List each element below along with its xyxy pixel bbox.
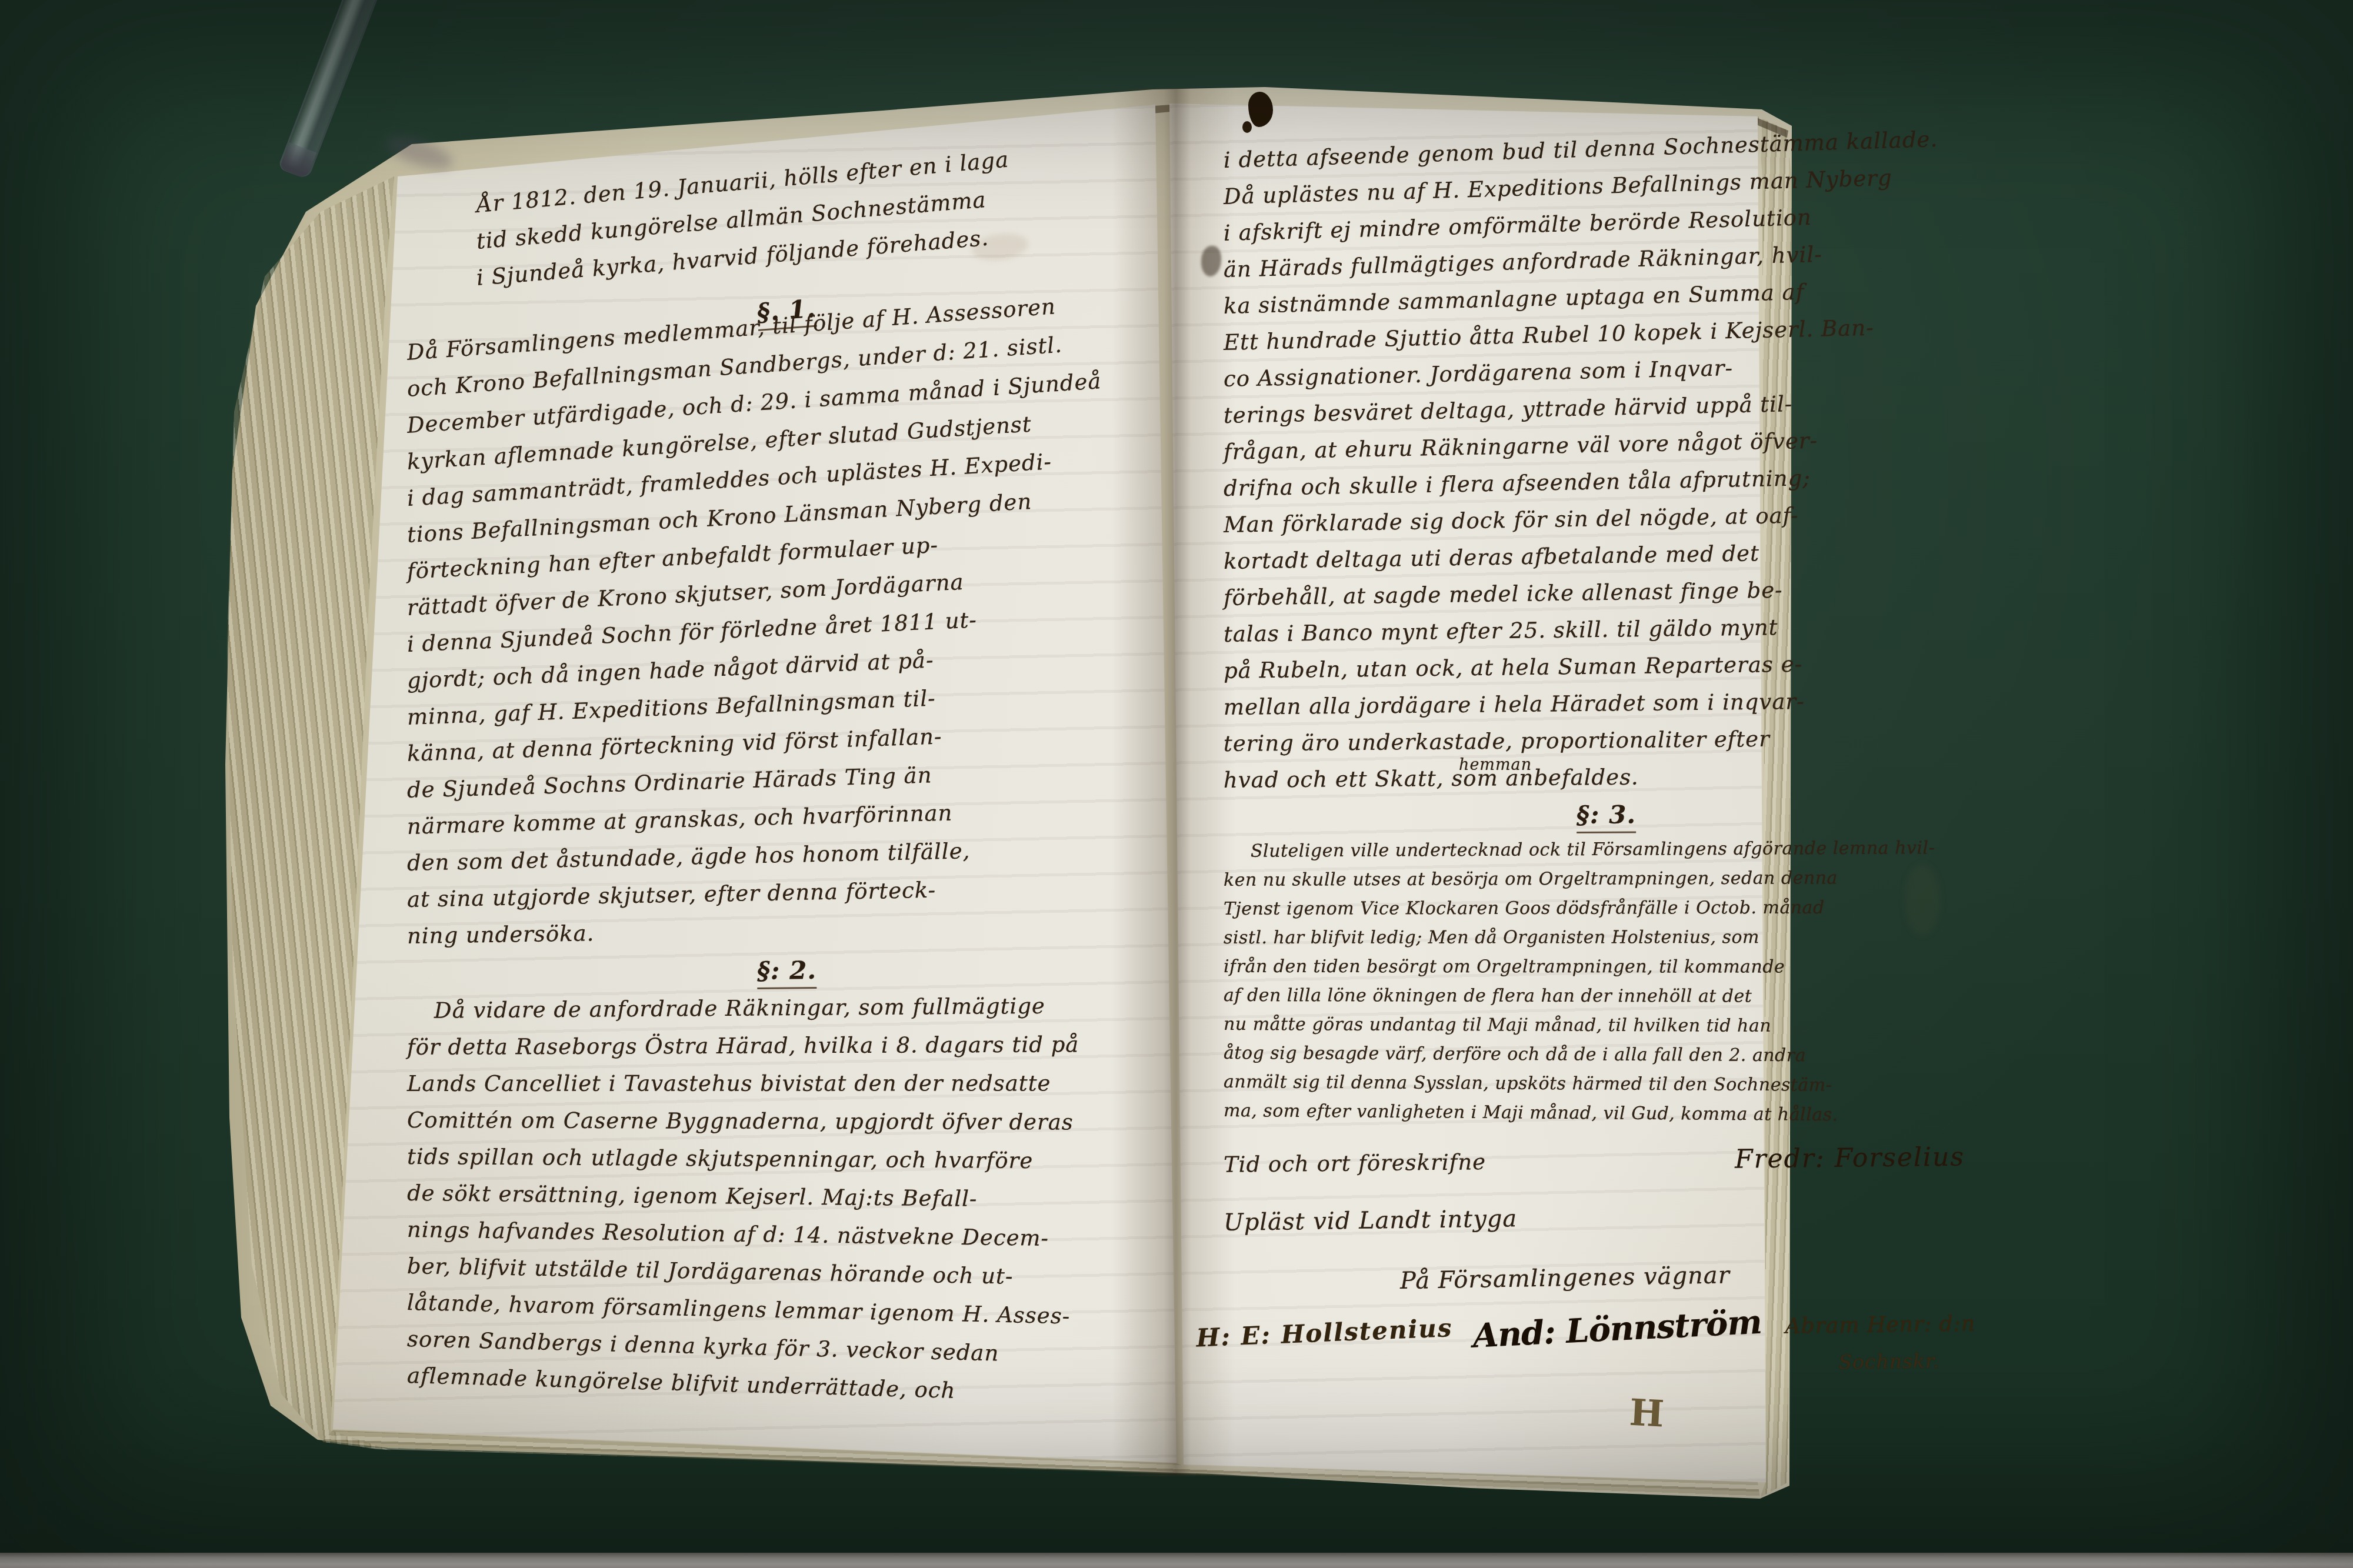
manuscript-line: Då vidare de anfordrade Räkningar, som f… — [407, 987, 1166, 1029]
signature-hollstenius: H: E: Hollstenius — [1196, 1310, 1454, 1356]
table-edge-strip — [0, 1553, 2353, 1568]
left-page-text: År 1812. den 19. Januarii, hölls efter e… — [407, 187, 1166, 1394]
paragraph-3: Sluteligen ville undertecknad ock til Fö… — [1224, 837, 1988, 1125]
margin-h-mark: H — [1628, 1391, 1665, 1436]
signature-row: H: E: Hollstenius And: Lönnström Abram H… — [1223, 1306, 1989, 1389]
paragraph-2: Då vidare de anfordrade Räkningar, som f… — [407, 993, 1166, 1394]
manuscript-line: tids spillan och utlagde skjutspenningar… — [407, 1139, 1166, 1180]
manuscript-line: af den lilla löne ökningen de flera han … — [1224, 981, 1988, 1011]
manuscript-line: anmält sig til denna Sysslan, upsköts hä… — [1224, 1067, 1988, 1100]
manuscript-line: ken nu skulle utses at besörja om Orgelt… — [1224, 863, 1988, 895]
signature-abram-henr: Abram Henr: d:n Sochnskr. — [1785, 1306, 1976, 1382]
right-page-text: i detta afseende genom bud til denna Soc… — [1224, 142, 1988, 1384]
manuscript-line: för detta Raseborgs Östra Härad, hvilka … — [407, 1026, 1166, 1066]
section-2-label: §: 2. — [756, 954, 816, 989]
manuscript-line: Comittén om Caserne Byggnaderna, upgjord… — [407, 1102, 1166, 1141]
manuscript-line: tering äro underkastade, proportionalite… — [1224, 719, 1988, 762]
manuscript-line: nu måtte göras undantag til Maji månad, … — [1224, 1010, 1988, 1041]
meeting-heading: År 1812. den 19. Januarii, hölls efter e… — [476, 187, 1166, 296]
closing-place-date: Tid och ort föreskrifne — [1224, 1144, 1487, 1183]
manuscript-line: Tjenst igenom Vice Klockaren Goos dödsfr… — [1224, 893, 1988, 923]
manuscript-line: ifrån den tiden besörgt om Orgeltrampnin… — [1224, 952, 1988, 982]
manuscript-line: Lands Cancelliet i Tavastehus bivistat d… — [407, 1065, 1166, 1102]
paragraph-2-continued: i detta afseende genom bud til denna Soc… — [1224, 142, 1988, 799]
paragraph-1: Då Församlingens medlemmar, til följe af… — [407, 335, 1166, 955]
signature-forselius: Fredr: Forselius — [1735, 1139, 1965, 1178]
inserted-word-hemman: hemman — [1459, 747, 1532, 783]
attestation-line: Upläst vid Landt intyga — [1224, 1194, 1989, 1241]
on-behalf-line: På Församlingenes vägnar — [1224, 1253, 1989, 1303]
manuscript-line: mellan alla jordägare i hela Häradet som… — [1224, 682, 1989, 726]
signature-abram-title: Sochnskr. — [1838, 1342, 1976, 1380]
section-3-label: §: 3. — [1576, 798, 1635, 833]
manuscript-line: ma, som efter vanligheten i Maji månad, … — [1224, 1096, 1988, 1130]
signature-lonnstrom: And: Lönnström — [1472, 1304, 1762, 1355]
manuscript-line: Sluteligen ville undertecknad ock til Fö… — [1224, 833, 1988, 866]
manuscript-line: åtog sig besagde värf, derföre och då de… — [1224, 1039, 1988, 1071]
closing-row: Tid och ort föreskrifne Fredr: Forselius — [1224, 1139, 1989, 1183]
manuscript-line: sistl. har blifvit ledig; Men då Organis… — [1224, 923, 1988, 952]
ink-drip — [1242, 121, 1252, 133]
photo-of-manuscript: { "palette": { "background_green": "#203… — [0, 0, 2353, 1568]
manuscript-line: hvad och ett Skatt, som anbefaldes. — [1224, 756, 1988, 799]
signature-abram-name: Abram Henr: d:n — [1785, 1306, 1975, 1345]
